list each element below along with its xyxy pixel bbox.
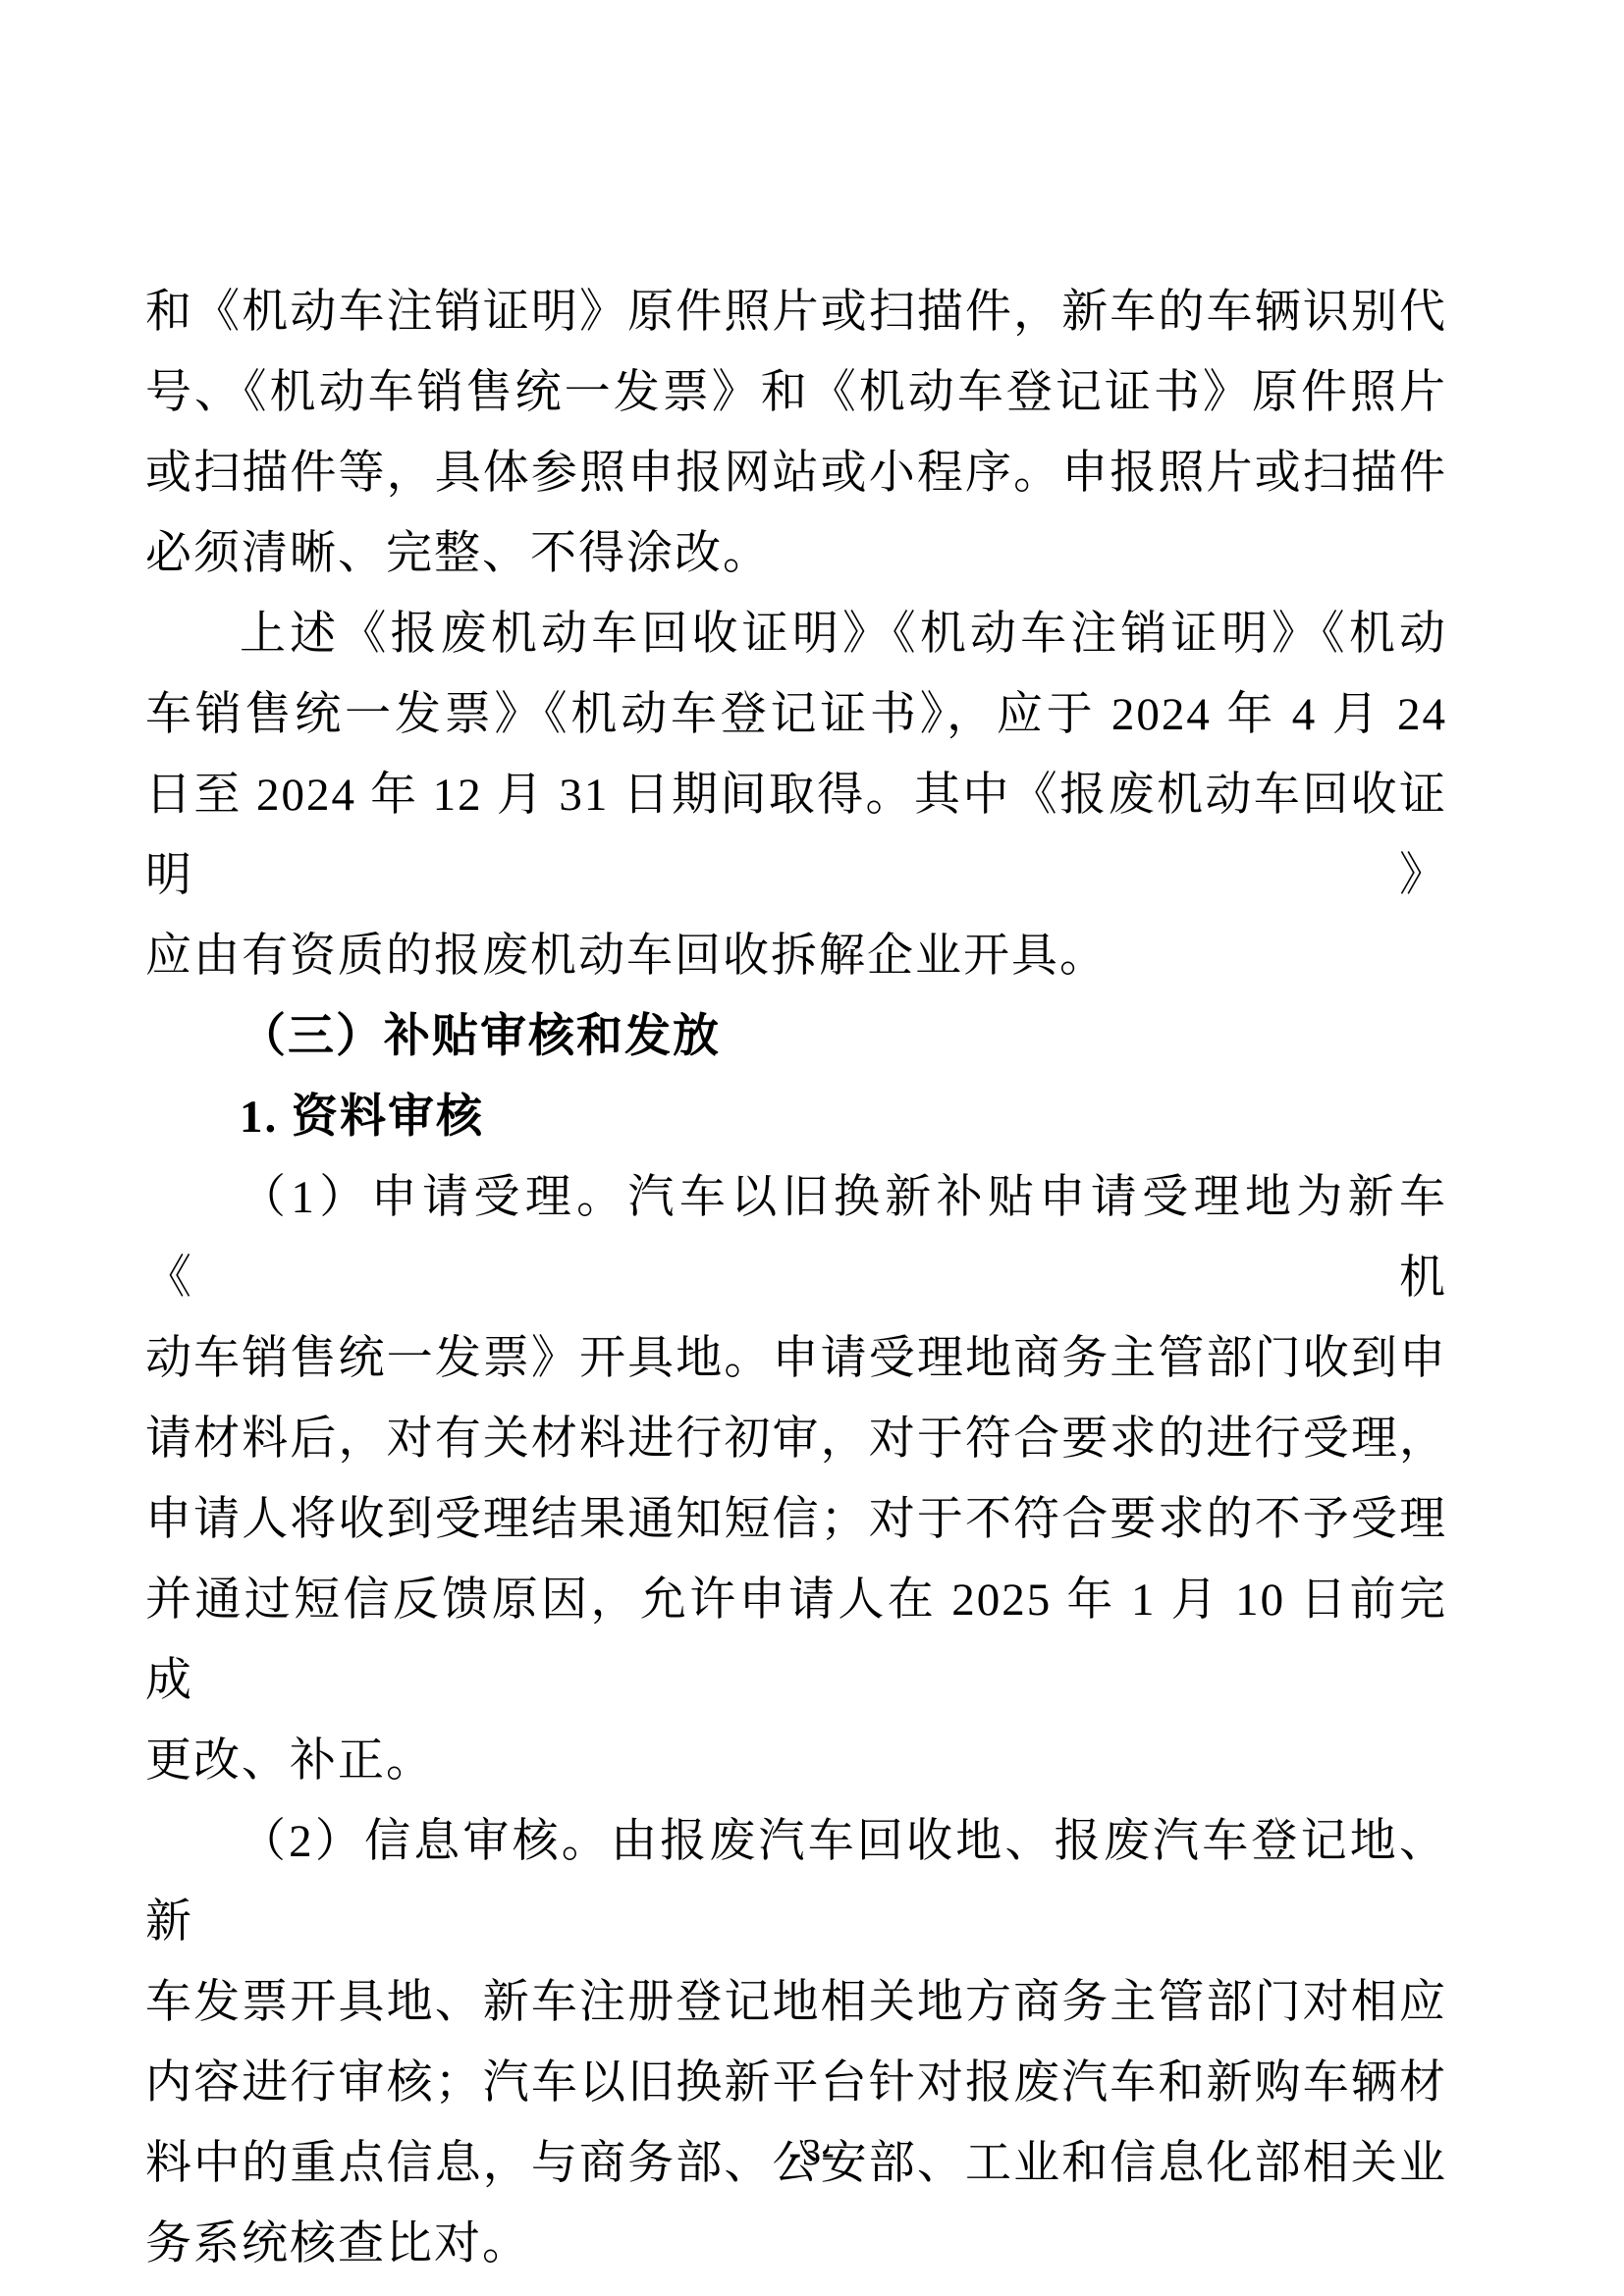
paragraph: 和《机动车注销证明》原件照片或扫描件，新车的车辆识别代 号、《机动车销售统一发票…: [145, 272, 1447, 594]
section-heading: （三）补贴审核和发放: [145, 996, 1447, 1077]
text-line: 和《机动车注销证明》原件照片或扫描件，新车的车辆识别代: [145, 272, 1447, 352]
heading-line: 1. 资料审核: [145, 1077, 1447, 1157]
paragraph: 上述《报废机动车回收证明》《机动车注销证明》《机动 车销售统一发票》《机动车登记…: [145, 594, 1447, 996]
text-line: 应由有资质的报废机动车回收拆解企业开具。: [145, 916, 1447, 996]
subsection-heading: 1. 资料审核: [145, 1077, 1447, 1157]
text-line: 动车销售统一发票》开具地。申请受理地商务主管部门收到申: [145, 1318, 1447, 1399]
document-body: 和《机动车注销证明》原件照片或扫描件，新车的车辆识别代 号、《机动车销售统一发票…: [145, 272, 1447, 2284]
text-line: 号、《机动车销售统一发票》和《机动车登记证书》原件照片: [145, 352, 1447, 433]
text-line: 申请人将收到受理结果通知短信；对于不符合要求的不予受理: [145, 1479, 1447, 1560]
text-line: （2）信息审核。由报废汽车回收地、报废汽车登记地、新: [145, 1801, 1447, 1962]
paragraph: （1）申请受理。汽车以旧换新补贴申请受理地为新车《机 动车销售统一发票》开具地。…: [145, 1157, 1447, 1801]
text-line: （1）申请受理。汽车以旧换新补贴申请受理地为新车《机: [145, 1157, 1447, 1318]
text-line: 更改、补正。: [145, 1721, 1447, 1801]
text-line: 车销售统一发票》《机动车登记证书》，应于 2024 年 4 月 24: [145, 674, 1447, 755]
text-line: 并通过短信反馈原因，允许申请人在 2025 年 1 月 10 日前完成: [145, 1560, 1447, 1721]
text-line: 必须清晰、完整、不得涂改。: [145, 513, 1447, 594]
document-page: 和《机动车注销证明》原件照片或扫描件，新车的车辆识别代 号、《机动车销售统一发票…: [0, 0, 1624, 2296]
text-line: 请材料后，对有关材料进行初审，对于符合要求的进行受理，: [145, 1399, 1447, 1479]
text-line: 车发票开具地、新车注册登记地相关地方商务主管部门对相应: [145, 1962, 1447, 2043]
text-line: 上述《报废机动车回收证明》《机动车注销证明》《机动: [145, 594, 1447, 674]
text-line: 日至 2024 年 12 月 31 日期间取得。其中《报废机动车回收证明》: [145, 755, 1447, 916]
page-number: -3-: [0, 2128, 1624, 2177]
heading-line: （三）补贴审核和发放: [145, 996, 1447, 1077]
text-line: 或扫描件等，具体参照申报网站或小程序。申报照片或扫描件: [145, 433, 1447, 513]
text-line: 务系统核查比对。: [145, 2204, 1447, 2284]
paragraph: （2）信息审核。由报废汽车回收地、报废汽车登记地、新 车发票开具地、新车注册登记…: [145, 1801, 1447, 2284]
text-line: 内容进行审核；汽车以旧换新平台针对报废汽车和新购车辆材: [145, 2043, 1447, 2123]
